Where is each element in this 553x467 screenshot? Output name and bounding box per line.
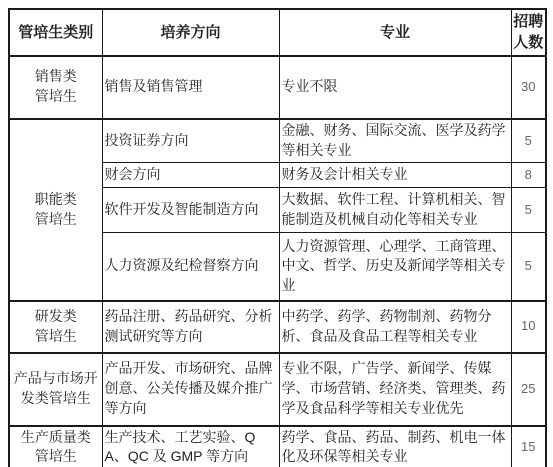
major-cell: 大数据、软件工程、计算机相关、智能制造及机械自动化等相关专业 [279, 188, 511, 233]
major-cell: 金融、财务、国际交流、医学及药学等相关专业 [279, 119, 511, 163]
count-cell: 30 [511, 56, 546, 119]
table-row: 生产质量类 管培生 生产技术、工艺实验、QA、QC 及 GMP 等方向 药学、食… [9, 426, 546, 467]
category-cell: 研发类 管培生 [9, 301, 102, 353]
major-cell: 中药学、药学、药物制剂、药物分析、食品及食品工程等相关专业 [279, 301, 511, 353]
recruitment-table: 管培生类别 培养方向 专业 招聘 人数 销售类 管培生 销售及销售管理 专业不限… [8, 8, 547, 467]
category-cell: 职能类 管培生 [9, 119, 102, 301]
count-cell: 25 [511, 353, 546, 426]
count-cell: 10 [511, 301, 546, 353]
count-cell: 8 [511, 163, 546, 188]
table-body: 销售类 管培生 销售及销售管理 专业不限 30 职能类 管培生 投资证券方向 金… [9, 56, 546, 467]
header-row: 管培生类别 培养方向 专业 招聘 人数 [9, 9, 546, 56]
direction-cell: 财会方向 [102, 163, 279, 188]
direction-cell: 人力资源及纪检督察方向 [102, 233, 279, 301]
major-cell: 财务及会计相关专业 [279, 163, 511, 188]
direction-cell: 产品开发、市场研究、品牌创意、公关传播及媒介推广等方向 [102, 353, 279, 426]
header-cell-major: 专业 [279, 9, 511, 56]
direction-cell: 销售及销售管理 [102, 56, 279, 119]
direction-cell: 生产技术、工艺实验、QA、QC 及 GMP 等方向 [102, 426, 279, 467]
count-cell: 15 [511, 426, 546, 467]
table-row: 职能类 管培生 投资证券方向 金融、财务、国际交流、医学及药学等相关专业 5 [9, 119, 546, 163]
count-cell: 5 [511, 233, 546, 301]
major-cell: 专业不限，广告学、新闻学、传媒学、市场营销、经济类、管理类、药学及食品科学等相关… [279, 353, 511, 426]
category-cell: 销售类 管培生 [9, 56, 102, 119]
major-cell: 人力资源管理、心理学、工商管理、中文、哲学、历史及新闻学等相关专业 [279, 233, 511, 301]
header-cell-category: 管培生类别 [9, 9, 102, 56]
table-row: 研发类 管培生 药品注册、药品研究、分析测试研究等方向 中药学、药学、药物制剂、… [9, 301, 546, 353]
header-cell-direction: 培养方向 [102, 9, 279, 56]
table-row: 销售类 管培生 销售及销售管理 专业不限 30 [9, 56, 546, 119]
category-cell: 生产质量类 管培生 [9, 426, 102, 467]
direction-cell: 投资证券方向 [102, 119, 279, 163]
direction-cell: 软件开发及智能制造方向 [102, 188, 279, 233]
table-header: 管培生类别 培养方向 专业 招聘 人数 [9, 9, 546, 56]
count-cell: 5 [511, 188, 546, 233]
count-cell: 5 [511, 119, 546, 163]
direction-cell: 药品注册、药品研究、分析测试研究等方向 [102, 301, 279, 353]
header-cell-count: 招聘 人数 [511, 9, 546, 56]
category-cell: 产品与市场开 发类管培生 [9, 353, 102, 426]
table-row: 产品与市场开 发类管培生 产品开发、市场研究、品牌创意、公关传播及媒介推广等方向… [9, 353, 546, 426]
major-cell: 药学、食品、药品、制药、机电一体化及环保等相关专业 [279, 426, 511, 467]
page: 管培生类别 培养方向 专业 招聘 人数 销售类 管培生 销售及销售管理 专业不限… [0, 0, 553, 467]
major-cell: 专业不限 [279, 56, 511, 119]
